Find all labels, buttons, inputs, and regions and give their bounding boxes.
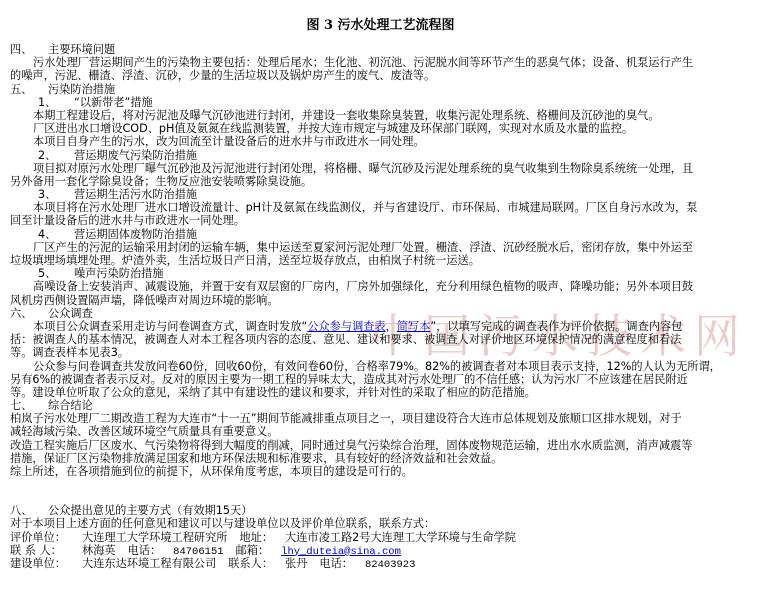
section-6-heading: 六、公众调查	[10, 307, 755, 320]
subsection-3-heading: 3、营运期生活污水防治措施	[10, 188, 755, 201]
paragraph-line: 综上所述，在各项措施到位的前提下，从环保角度考虑，本项目的建设是可行的。	[10, 465, 755, 478]
paragraph-line: 改造工程实施后厂区废水、气污染物将得到大幅度的削减，同时通过臭气污染综合治理，固…	[10, 439, 755, 452]
paragraph-line: 垃圾填埋场填埋处理。炉渣外卖，生活垃圾日产日清，送至垃圾存放点，由柏岚子村统一运…	[10, 254, 755, 267]
spacer	[10, 491, 755, 504]
document-body: 四、主要环境问题 污水处理厂营运期间产生的污染物主要包括：处理后尾水；生化池、初…	[10, 43, 755, 570]
paragraph-line: 公众参与问卷调查共发放问卷60份，回收60份，有效问卷60份，合格率79%。82…	[10, 360, 755, 373]
paragraph-line: 风机房西侧设置隔声墙，降低噪声对周边环境的影响。	[10, 294, 755, 307]
paragraph-line: 等。调查表样本见表3。	[10, 346, 755, 359]
paragraph-line: 柏岚子污水处理厂二期改造工程为大连市“十一五”期间节能减排重点项目之一，项目建设…	[10, 412, 755, 425]
subsection-4-heading: 4、营运期固体废物防治措施	[10, 228, 755, 241]
email-link[interactable]: lhy_duteia@sina.com	[281, 546, 401, 558]
paragraph-line: 回至计量设备后的进水井与市政进水一同处理。	[10, 214, 755, 227]
paragraph-line: 减轻海域污染、改善区域环境空气质量具有重要意义。	[10, 425, 755, 438]
construction-unit-row: 建设单位：大连东达环境工程有限公司联系人：张丹电话：82403923	[10, 557, 755, 570]
evaluation-unit-row: 评价单位：大连理工大学环境工程研究所地址：大连市凌工路2号大连理工大学环境与生命…	[10, 531, 755, 544]
spacer	[10, 478, 755, 491]
paragraph-line: 污水处理厂营运期间产生的污染物主要包括：处理后尾水；生化池、初沉池、污泥脱水间等…	[10, 56, 755, 69]
paragraph-line: 高噪设备上安装消声、减震设施，并置于安有双层窗的厂房内，厂房外加强绿化，充分利用…	[10, 280, 755, 293]
subsection-1-heading: 1、“以新带老”措施	[10, 96, 755, 109]
survey-form-link[interactable]: 公众参与调查表	[307, 320, 385, 333]
subsection-5-heading: 5、噪声污染防治措施	[10, 267, 755, 280]
section-8-heading: 八、公众提出意见的主要方式（有效期15天）	[10, 504, 755, 517]
contact-person-row: 联 系 人：林海英电话：84706151邮箱：lhy_duteia@sina.c…	[10, 544, 755, 557]
figure-caption: 图 3 污水处理工艺流程图	[0, 14, 761, 33]
paragraph-line: 厂区产生的污泥的运输采用封闭的运输车辆，集中运送至夏家河污泥处理厂处置。栅渣、浮…	[10, 241, 755, 254]
paragraph-line: 的噪声，污泥、栅渣、浮渣、沉砂，少量的生活垃圾以及锅炉房产生的废气、废渣等。	[10, 69, 755, 82]
paragraph-line: 等。建设单位听取了公众的意见，采纳了其中有建设性的建议和要求，并针对性的采取了相…	[10, 386, 755, 399]
section-7-heading: 七、综合结论	[10, 399, 755, 412]
section-4-heading: 四、主要环境问题	[10, 43, 755, 56]
paragraph-line: 厂区进出水口增设COD、pH值及氨氮在线监测装置，并按大连市规定与城建及环保部门…	[10, 122, 755, 135]
section-5-heading: 五、污染防治措施	[10, 83, 755, 96]
subsection-2-heading: 2、营运期废气污染防治措施	[10, 149, 755, 162]
paragraph-line: 另有6%的被调查者表示反对。反对的原因主要为一期工程的异味太大，造成其对污水处理…	[10, 373, 755, 386]
paragraph-line: 本项目将在污水处理厂进水口增设流量计、pH计及氨氮在线监测仪，并与省建设厅、市环…	[10, 201, 755, 214]
paragraph-line: 措施，保证厂区污染物排放满足国家和地方环保法规和标准要求，具有较好的经济效益和社…	[10, 452, 755, 465]
paragraph-line: 项目拟对原污水处理厂曝气沉砂池及污泥池进行封闭处理，将格栅、曝气沉砂及污泥处理系…	[10, 162, 755, 175]
abridged-version-link[interactable]: 简写本	[397, 320, 431, 333]
paragraph-line: 另外备用一套化学除臭设备；生物反应池安装喷雾除臭设施。	[10, 175, 755, 188]
paragraph-line: 本项目公众调查采用走访与问卷调查方式，调查时发放“公众参与调查表，简写本”，以填…	[10, 320, 755, 333]
paragraph-line: 本期工程建设后，将对污泥池及曝气沉砂池进行封闭，并建设一套收集除臭装置，收集污泥…	[10, 109, 755, 122]
paragraph-line: 本项目自身产生的污水，改为回流至计量设备后的进水井与市政进水一同处理。	[10, 135, 755, 148]
paragraph-line: 括：被调查人的基本情况，被调查人对本工程各项内容的态度、意见、建议和要求、被调查…	[10, 333, 755, 346]
paragraph-line: 对于本项目上述方面的任何意见和建议可以与建设单位以及评价单位联系，联系方式：	[10, 517, 755, 530]
